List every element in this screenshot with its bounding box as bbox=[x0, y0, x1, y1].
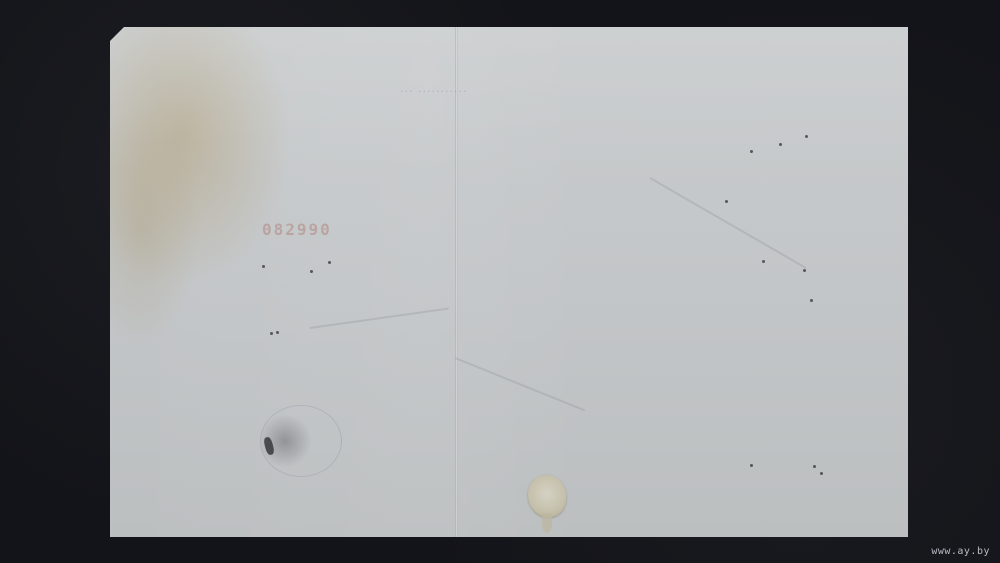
ink-speck bbox=[820, 472, 823, 475]
ink-speck bbox=[779, 143, 782, 146]
paper-crease bbox=[310, 308, 449, 329]
photo-scene: ··· ··········· 082990 www.ay.by bbox=[0, 0, 1000, 563]
document-paper: ··· ··········· 082990 bbox=[110, 27, 908, 537]
ink-speck bbox=[813, 465, 816, 468]
paper-crease bbox=[455, 357, 586, 411]
ink-speck bbox=[810, 299, 813, 302]
ink-speck bbox=[805, 135, 808, 138]
paper-crease bbox=[650, 177, 807, 269]
ink-speck bbox=[270, 332, 273, 335]
site-watermark: www.ay.by bbox=[931, 546, 990, 557]
ink-speck bbox=[750, 150, 753, 153]
glue-drip bbox=[542, 513, 552, 533]
serial-number: 082990 bbox=[262, 220, 332, 239]
ink-speck bbox=[262, 265, 265, 268]
faint-bleedthrough-heading: ··· ··········· bbox=[400, 85, 467, 98]
ink-speck bbox=[328, 261, 331, 264]
ink-speck bbox=[725, 200, 728, 203]
ink-speck bbox=[310, 270, 313, 273]
center-fold-line bbox=[455, 27, 458, 537]
postmark-stamp bbox=[260, 405, 342, 477]
ink-speck bbox=[276, 331, 279, 334]
ink-speck bbox=[803, 269, 806, 272]
ink-speck bbox=[762, 260, 765, 263]
ink-speck bbox=[750, 464, 753, 467]
glue-blob bbox=[528, 475, 566, 517]
